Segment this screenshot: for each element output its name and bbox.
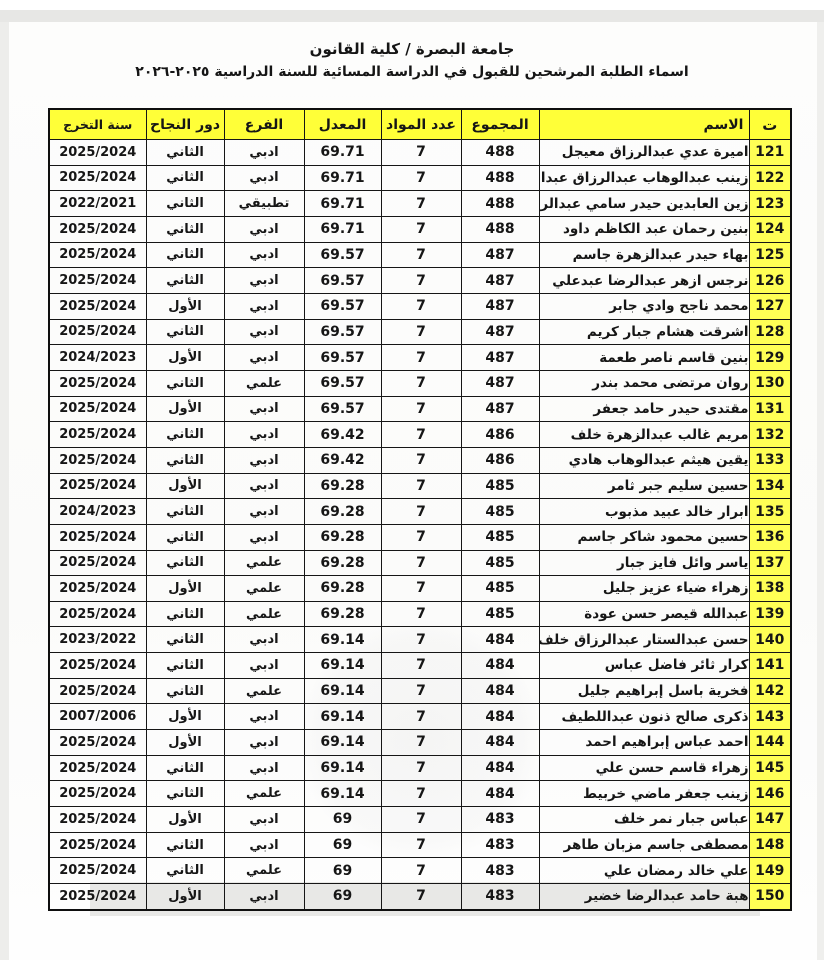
photo-edge-right <box>817 22 824 960</box>
branch-cell: ادبي <box>224 704 304 730</box>
row-number-cell: 141 <box>749 653 791 679</box>
row-number-cell: 134 <box>749 473 791 499</box>
subjects-cell: 7 <box>381 755 461 781</box>
student-name-cell: ياسر وائل فايز جبار <box>539 550 749 576</box>
subjects-cell: 7 <box>381 268 461 294</box>
total-cell: 487 <box>461 319 539 345</box>
grad-year-cell: 2023/2022 <box>49 627 146 653</box>
total-cell: 486 <box>461 447 539 473</box>
subjects-cell: 7 <box>381 319 461 345</box>
student-name-cell: اشرقت هشام جبار كريم <box>539 319 749 345</box>
row-number-cell: 129 <box>749 345 791 371</box>
table-row: 150 هبة حامد عبدالرضا خضير 483 7 69 ادبي… <box>49 884 791 910</box>
branch-cell: ادبي <box>224 499 304 525</box>
student-name-cell: مقتدى حيدر حامد جعفر <box>539 396 749 422</box>
student-name-cell: علي خالد رمضان علي <box>539 858 749 884</box>
total-cell: 487 <box>461 293 539 319</box>
table-row: 147 عباس جبار نمر خلف 483 7 69 ادبي الأو… <box>49 807 791 833</box>
student-name-cell: زين العابدين حيدر سامي عبدالرزا <box>539 191 749 217</box>
table-row: 130 روان مرتضى محمد بندر 487 7 69.57 علم… <box>49 370 791 396</box>
branch-cell: ادبي <box>224 447 304 473</box>
average-cell: 69.42 <box>304 447 381 473</box>
grad-year-cell: 2025/2024 <box>49 268 146 294</box>
average-cell: 69.14 <box>304 730 381 756</box>
grad-year-cell: 2024/2023 <box>49 345 146 371</box>
table-row: 149 علي خالد رمضان علي 483 7 69 علمي الث… <box>49 858 791 884</box>
branch-cell: ادبي <box>224 473 304 499</box>
subjects-cell: 7 <box>381 396 461 422</box>
table-row: 129 بنين قاسم ناصر طعمة 487 7 69.57 ادبي… <box>49 345 791 371</box>
header-branch: الفرع <box>224 109 304 140</box>
subjects-cell: 7 <box>381 807 461 833</box>
row-number-cell: 145 <box>749 755 791 781</box>
row-number-cell: 127 <box>749 293 791 319</box>
round-cell: الأول <box>146 704 224 730</box>
branch-cell: ادبي <box>224 755 304 781</box>
student-name-cell: حسين محمود شاكر جاسم <box>539 524 749 550</box>
table-row: 142 فخرية باسل إبراهيم جليل 484 7 69.14 … <box>49 678 791 704</box>
table-row: 137 ياسر وائل فايز جبار 485 7 69.28 علمي… <box>49 550 791 576</box>
student-name-cell: فخرية باسل إبراهيم جليل <box>539 678 749 704</box>
average-cell: 69.14 <box>304 781 381 807</box>
round-cell: الأول <box>146 730 224 756</box>
round-cell: الأول <box>146 293 224 319</box>
row-number-cell: 137 <box>749 550 791 576</box>
average-cell: 69 <box>304 832 381 858</box>
round-cell: الثاني <box>146 165 224 191</box>
subjects-cell: 7 <box>381 653 461 679</box>
round-cell: الأول <box>146 473 224 499</box>
grad-year-cell: 2025/2024 <box>49 216 146 242</box>
student-name-cell: عبدالله قيصر حسن عودة <box>539 601 749 627</box>
branch-cell: علمي <box>224 370 304 396</box>
students-table: ت الاسم المجموع عدد المواد المعدل الفرع … <box>48 108 792 911</box>
subjects-cell: 7 <box>381 627 461 653</box>
row-number-cell: 133 <box>749 447 791 473</box>
row-number-cell: 138 <box>749 576 791 602</box>
table-row: 121 اميرة عدي عبدالرزاق معيجل 488 7 69.7… <box>49 140 791 166</box>
average-cell: 69.57 <box>304 370 381 396</box>
grad-year-cell: 2025/2024 <box>49 140 146 166</box>
grad-year-cell: 2025/2024 <box>49 884 146 910</box>
total-cell: 488 <box>461 191 539 217</box>
average-cell: 69 <box>304 858 381 884</box>
branch-cell: علمي <box>224 678 304 704</box>
total-cell: 487 <box>461 242 539 268</box>
branch-cell: ادبي <box>224 627 304 653</box>
subjects-cell: 7 <box>381 678 461 704</box>
table-row: 125 بهاء حيدر عبدالزهرة جاسم 487 7 69.57… <box>49 242 791 268</box>
subjects-cell: 7 <box>381 601 461 627</box>
average-cell: 69.57 <box>304 319 381 345</box>
branch-cell: علمي <box>224 601 304 627</box>
table-row: 133 يقين هيثم عبدالوهاب هادي 486 7 69.42… <box>49 447 791 473</box>
header-grad-year: سنة التخرج <box>49 109 146 140</box>
average-cell: 69.28 <box>304 550 381 576</box>
student-name-cell: يقين هيثم عبدالوهاب هادي <box>539 447 749 473</box>
grad-year-cell: 2025/2024 <box>49 678 146 704</box>
row-number-cell: 140 <box>749 627 791 653</box>
header-average: المعدل <box>304 109 381 140</box>
subjects-cell: 7 <box>381 140 461 166</box>
table-row: 131 مقتدى حيدر حامد جعفر 487 7 69.57 ادب… <box>49 396 791 422</box>
table-row: 140 حسن عبدالستار عبدالرزاق خلف 484 7 69… <box>49 627 791 653</box>
grad-year-cell: 2025/2024 <box>49 755 146 781</box>
subjects-cell: 7 <box>381 191 461 217</box>
round-cell: الثاني <box>146 524 224 550</box>
average-cell: 69.28 <box>304 473 381 499</box>
student-name-cell: مريم غالب عبدالزهرة خلف <box>539 422 749 448</box>
average-cell: 69.57 <box>304 396 381 422</box>
branch-cell: ادبي <box>224 422 304 448</box>
branch-cell: علمي <box>224 576 304 602</box>
grad-year-cell: 2025/2024 <box>49 576 146 602</box>
round-cell: الثاني <box>146 242 224 268</box>
header-total: المجموع <box>461 109 539 140</box>
table-row: 135 ابرار خالد عبيد مذبوب 485 7 69.28 اد… <box>49 499 791 525</box>
round-cell: الأول <box>146 884 224 910</box>
total-cell: 487 <box>461 268 539 294</box>
subjects-cell: 7 <box>381 704 461 730</box>
total-cell: 484 <box>461 730 539 756</box>
header-subjects: عدد المواد <box>381 109 461 140</box>
total-cell: 484 <box>461 781 539 807</box>
round-cell: الثاني <box>146 499 224 525</box>
total-cell: 488 <box>461 216 539 242</box>
table-row: 148 مصطفى جاسم مزبان طاهر 483 7 69 ادبي … <box>49 832 791 858</box>
subjects-cell: 7 <box>381 422 461 448</box>
branch-cell: تطبيقي <box>224 191 304 217</box>
grad-year-cell: 2025/2024 <box>49 807 146 833</box>
average-cell: 69.14 <box>304 678 381 704</box>
grad-year-cell: 2025/2024 <box>49 242 146 268</box>
branch-cell: علمي <box>224 858 304 884</box>
table-body: 121 اميرة عدي عبدالرزاق معيجل 488 7 69.7… <box>49 140 791 910</box>
grad-year-cell: 2025/2024 <box>49 550 146 576</box>
average-cell: 69.14 <box>304 755 381 781</box>
subjects-cell: 7 <box>381 858 461 884</box>
row-number-cell: 121 <box>749 140 791 166</box>
total-cell: 485 <box>461 601 539 627</box>
header-name: الاسم <box>539 109 749 140</box>
average-cell: 69.57 <box>304 242 381 268</box>
round-cell: الثاني <box>146 140 224 166</box>
average-cell: 69.28 <box>304 601 381 627</box>
total-cell: 485 <box>461 473 539 499</box>
average-cell: 69.57 <box>304 345 381 371</box>
total-cell: 483 <box>461 832 539 858</box>
table-row: 139 عبدالله قيصر حسن عودة 485 7 69.28 عل… <box>49 601 791 627</box>
subjects-cell: 7 <box>381 524 461 550</box>
total-cell: 487 <box>461 345 539 371</box>
branch-cell: ادبي <box>224 807 304 833</box>
total-cell: 485 <box>461 524 539 550</box>
grad-year-cell: 2025/2024 <box>49 293 146 319</box>
student-name-cell: زهراء ضياء عزيز جليل <box>539 576 749 602</box>
average-cell: 69.28 <box>304 524 381 550</box>
average-cell: 69 <box>304 807 381 833</box>
table-row: 122 زينب عبدالوهاب عبدالرزاق عبدا 488 7 … <box>49 165 791 191</box>
total-cell: 484 <box>461 704 539 730</box>
average-cell: 69.57 <box>304 268 381 294</box>
grad-year-cell: 2025/2024 <box>49 473 146 499</box>
grad-year-cell: 2022/2021 <box>49 191 146 217</box>
table-row: 126 نرجس ازهر عبدالرضا عبدعلي 487 7 69.5… <box>49 268 791 294</box>
grad-year-cell: 2025/2024 <box>49 781 146 807</box>
subjects-cell: 7 <box>381 242 461 268</box>
average-cell: 69.14 <box>304 704 381 730</box>
photo-edge-left <box>0 22 9 960</box>
branch-cell: علمي <box>224 781 304 807</box>
round-cell: الثاني <box>146 653 224 679</box>
student-name-cell: زينب عبدالوهاب عبدالرزاق عبدا <box>539 165 749 191</box>
row-number-cell: 126 <box>749 268 791 294</box>
branch-cell: ادبي <box>224 396 304 422</box>
header-row: ت الاسم المجموع عدد المواد المعدل الفرع … <box>49 109 791 140</box>
total-cell: 488 <box>461 140 539 166</box>
student-name-cell: زينب جعفر ماضي خربيط <box>539 781 749 807</box>
average-cell: 69.71 <box>304 216 381 242</box>
grad-year-cell: 2025/2024 <box>49 524 146 550</box>
table-row: 146 زينب جعفر ماضي خربيط 484 7 69.14 علم… <box>49 781 791 807</box>
row-number-cell: 132 <box>749 422 791 448</box>
grad-year-cell: 2025/2024 <box>49 832 146 858</box>
table-row: 127 محمد ناجح وادي جابر 487 7 69.57 ادبي… <box>49 293 791 319</box>
round-cell: الأول <box>146 807 224 833</box>
round-cell: الثاني <box>146 755 224 781</box>
row-number-cell: 139 <box>749 601 791 627</box>
branch-cell: ادبي <box>224 165 304 191</box>
total-cell: 483 <box>461 807 539 833</box>
document-subtitle: اسماء الطلبة المرشحين للقبول في الدراسة … <box>0 64 824 80</box>
subjects-cell: 7 <box>381 884 461 910</box>
branch-cell: ادبي <box>224 140 304 166</box>
row-number-cell: 150 <box>749 884 791 910</box>
student-name-cell: هبة حامد عبدالرضا خضير <box>539 884 749 910</box>
total-cell: 485 <box>461 550 539 576</box>
round-cell: الأول <box>146 396 224 422</box>
row-number-cell: 136 <box>749 524 791 550</box>
grad-year-cell: 2025/2024 <box>49 422 146 448</box>
total-cell: 483 <box>461 884 539 910</box>
student-name-cell: ابرار خالد عبيد مذبوب <box>539 499 749 525</box>
branch-cell: ادبي <box>224 319 304 345</box>
round-cell: الثاني <box>146 601 224 627</box>
branch-cell: ادبي <box>224 884 304 910</box>
average-cell: 69.14 <box>304 627 381 653</box>
total-cell: 486 <box>461 422 539 448</box>
average-cell: 69.71 <box>304 165 381 191</box>
row-number-cell: 123 <box>749 191 791 217</box>
average-cell: 69 <box>304 884 381 910</box>
header-round: دور النجاح <box>146 109 224 140</box>
total-cell: 484 <box>461 653 539 679</box>
average-cell: 69.28 <box>304 499 381 525</box>
grad-year-cell: 2025/2024 <box>49 730 146 756</box>
table-row: 138 زهراء ضياء عزيز جليل 485 7 69.28 علم… <box>49 576 791 602</box>
row-number-cell: 142 <box>749 678 791 704</box>
round-cell: الثاني <box>146 268 224 294</box>
grad-year-cell: 2024/2023 <box>49 499 146 525</box>
branch-cell: علمي <box>224 550 304 576</box>
round-cell: الثاني <box>146 781 224 807</box>
table-row: 123 زين العابدين حيدر سامي عبدالرزا 488 … <box>49 191 791 217</box>
row-number-cell: 149 <box>749 858 791 884</box>
subjects-cell: 7 <box>381 165 461 191</box>
grad-year-cell: 2025/2024 <box>49 653 146 679</box>
grad-year-cell: 2025/2024 <box>49 319 146 345</box>
branch-cell: ادبي <box>224 242 304 268</box>
student-name-cell: محمد ناجح وادي جابر <box>539 293 749 319</box>
round-cell: الثاني <box>146 550 224 576</box>
subjects-cell: 7 <box>381 730 461 756</box>
grad-year-cell: 2025/2024 <box>49 396 146 422</box>
total-cell: 483 <box>461 858 539 884</box>
total-cell: 485 <box>461 576 539 602</box>
round-cell: الثاني <box>146 832 224 858</box>
round-cell: الأول <box>146 345 224 371</box>
round-cell: الثاني <box>146 447 224 473</box>
student-name-cell: كرار ثائر فاضل عباس <box>539 653 749 679</box>
table-row: 134 حسين سليم جبر ثامر 485 7 69.28 ادبي … <box>49 473 791 499</box>
row-number-cell: 128 <box>749 319 791 345</box>
branch-cell: ادبي <box>224 524 304 550</box>
round-cell: الثاني <box>146 191 224 217</box>
student-name-cell: حسين سليم جبر ثامر <box>539 473 749 499</box>
subjects-cell: 7 <box>381 216 461 242</box>
header-no: ت <box>749 109 791 140</box>
subjects-cell: 7 <box>381 447 461 473</box>
row-number-cell: 130 <box>749 370 791 396</box>
total-cell: 485 <box>461 499 539 525</box>
grad-year-cell: 2025/2024 <box>49 447 146 473</box>
total-cell: 488 <box>461 165 539 191</box>
round-cell: الثاني <box>146 627 224 653</box>
round-cell: الأول <box>146 576 224 602</box>
table-row: 141 كرار ثائر فاضل عباس 484 7 69.14 ادبي… <box>49 653 791 679</box>
grad-year-cell: 2025/2024 <box>49 601 146 627</box>
total-cell: 487 <box>461 370 539 396</box>
student-name-cell: ذكرى صالح ذنون عبداللطيف <box>539 704 749 730</box>
row-number-cell: 144 <box>749 730 791 756</box>
table-row: 132 مريم غالب عبدالزهرة خلف 486 7 69.42 … <box>49 422 791 448</box>
student-name-cell: بنين رحمان عبد الكاظم داود <box>539 216 749 242</box>
table-row: 124 بنين رحمان عبد الكاظم داود 488 7 69.… <box>49 216 791 242</box>
subjects-cell: 7 <box>381 473 461 499</box>
student-name-cell: روان مرتضى محمد بندر <box>539 370 749 396</box>
table-row: 128 اشرقت هشام جبار كريم 487 7 69.57 ادب… <box>49 319 791 345</box>
total-cell: 487 <box>461 396 539 422</box>
average-cell: 69.71 <box>304 191 381 217</box>
average-cell: 69.42 <box>304 422 381 448</box>
subjects-cell: 7 <box>381 550 461 576</box>
student-name-cell: احمد عباس إبراهيم احمد <box>539 730 749 756</box>
row-number-cell: 146 <box>749 781 791 807</box>
row-number-cell: 131 <box>749 396 791 422</box>
round-cell: الثاني <box>146 858 224 884</box>
student-name-cell: مصطفى جاسم مزبان طاهر <box>539 832 749 858</box>
branch-cell: ادبي <box>224 832 304 858</box>
branch-cell: ادبي <box>224 345 304 371</box>
student-name-cell: عباس جبار نمر خلف <box>539 807 749 833</box>
row-number-cell: 125 <box>749 242 791 268</box>
round-cell: الثاني <box>146 216 224 242</box>
row-number-cell: 143 <box>749 704 791 730</box>
total-cell: 484 <box>461 627 539 653</box>
branch-cell: ادبي <box>224 293 304 319</box>
round-cell: الثاني <box>146 370 224 396</box>
average-cell: 69.14 <box>304 653 381 679</box>
round-cell: الثاني <box>146 422 224 448</box>
photo-edge-top <box>0 10 824 22</box>
round-cell: الثاني <box>146 319 224 345</box>
student-name-cell: زهراء قاسم حسن علي <box>539 755 749 781</box>
round-cell: الثاني <box>146 678 224 704</box>
student-name-cell: بهاء حيدر عبدالزهرة جاسم <box>539 242 749 268</box>
row-number-cell: 147 <box>749 807 791 833</box>
subjects-cell: 7 <box>381 345 461 371</box>
subjects-cell: 7 <box>381 832 461 858</box>
total-cell: 484 <box>461 755 539 781</box>
row-number-cell: 124 <box>749 216 791 242</box>
grad-year-cell: 2007/2006 <box>49 704 146 730</box>
average-cell: 69.57 <box>304 293 381 319</box>
subjects-cell: 7 <box>381 293 461 319</box>
grad-year-cell: 2025/2024 <box>49 370 146 396</box>
subjects-cell: 7 <box>381 370 461 396</box>
branch-cell: ادبي <box>224 268 304 294</box>
document-title: جامعة البصرة / كلية القانون <box>0 40 824 58</box>
row-number-cell: 148 <box>749 832 791 858</box>
row-number-cell: 122 <box>749 165 791 191</box>
row-number-cell: 135 <box>749 499 791 525</box>
table-row: 143 ذكرى صالح ذنون عبداللطيف 484 7 69.14… <box>49 704 791 730</box>
table-row: 144 احمد عباس إبراهيم احمد 484 7 69.14 ا… <box>49 730 791 756</box>
grad-year-cell: 2025/2024 <box>49 165 146 191</box>
student-name-cell: بنين قاسم ناصر طعمة <box>539 345 749 371</box>
student-name-cell: حسن عبدالستار عبدالرزاق خلف <box>539 627 749 653</box>
subjects-cell: 7 <box>381 499 461 525</box>
grad-year-cell: 2025/2024 <box>49 858 146 884</box>
student-name-cell: اميرة عدي عبدالرزاق معيجل <box>539 140 749 166</box>
average-cell: 69.71 <box>304 140 381 166</box>
table-row: 145 زهراء قاسم حسن علي 484 7 69.14 ادبي … <box>49 755 791 781</box>
average-cell: 69.28 <box>304 576 381 602</box>
subjects-cell: 7 <box>381 781 461 807</box>
branch-cell: ادبي <box>224 730 304 756</box>
table-row: 136 حسين محمود شاكر جاسم 485 7 69.28 ادب… <box>49 524 791 550</box>
student-name-cell: نرجس ازهر عبدالرضا عبدعلي <box>539 268 749 294</box>
total-cell: 484 <box>461 678 539 704</box>
subjects-cell: 7 <box>381 576 461 602</box>
branch-cell: ادبي <box>224 216 304 242</box>
branch-cell: ادبي <box>224 653 304 679</box>
